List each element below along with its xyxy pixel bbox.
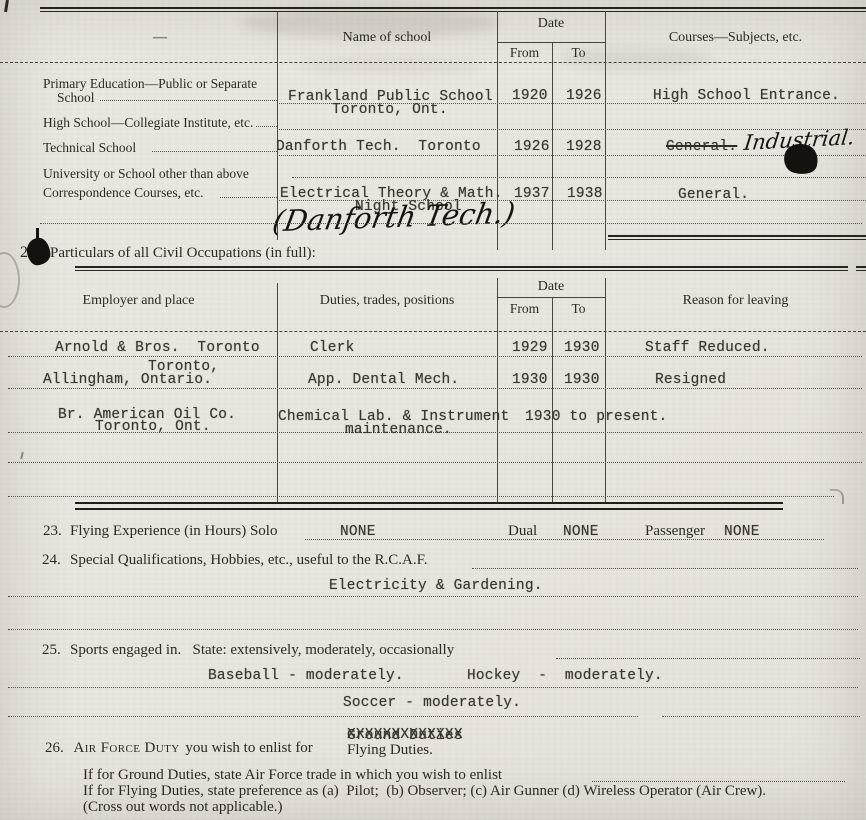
occupation-header-employer: Employer and place (0, 293, 277, 309)
label-correspondence-courses: Correspondence Courses, etc. (43, 185, 203, 201)
entry-primary-courses: High School Entrance. (653, 88, 840, 104)
leader-dots (100, 100, 277, 101)
leader-dots (152, 151, 277, 152)
education-header-bottom-line (0, 62, 866, 63)
entry-technical-courses-crossed-out: General. (666, 139, 737, 155)
section-22-underrule (75, 266, 848, 271)
label-high-school: High School—Collegiate Institute, etc. (43, 115, 253, 131)
q25-answer-soccer: Soccer - moderately. (343, 695, 521, 711)
education-header-date: Date (497, 16, 605, 32)
education-table-top-rule (40, 7, 866, 12)
answer-line (8, 629, 858, 630)
q23-number: 23. (43, 523, 62, 540)
row-writing-line (8, 496, 834, 497)
answer-line (472, 568, 858, 569)
label-technical-school: Technical School (43, 140, 136, 156)
answer-line (8, 716, 638, 717)
handwritten-danforth-tech: (Danforth Tech.) (270, 196, 518, 239)
scanned-form-page: — Name of school Date From To Courses—Su… (0, 0, 866, 820)
row-writing-line (40, 223, 862, 224)
corner-mark (4, 0, 9, 12)
entry-primary-from: 1920 (512, 88, 548, 104)
q25-answer-hockey: Hockey - moderately. (467, 668, 663, 684)
education-header-courses: Courses—Subjects, etc. (605, 30, 866, 46)
q26-number: 26. (45, 740, 64, 756)
entry-duties-1: Clerk (310, 340, 355, 356)
q23-passenger-label: Passenger (645, 523, 705, 540)
entry-employer-3-line2: Toronto, Ont. (95, 419, 211, 435)
label-primary-education-line2: School (57, 90, 95, 106)
answer-line (8, 596, 858, 597)
entry-duties-3-line2: maintenance. (345, 422, 452, 438)
occupation-header-bottom-line (0, 331, 866, 332)
q24-number: 24. (42, 552, 61, 569)
bleed-through-smudge (300, 58, 480, 74)
entry-duties-2: App. Dental Mech. (308, 372, 459, 388)
answer-line (662, 716, 860, 717)
row-writing-line (8, 462, 862, 463)
stray-mark (20, 452, 24, 459)
q26-note-ground: If for Ground Duties, state Air Force tr… (83, 767, 502, 784)
education-header-name-of-school: Name of school (277, 30, 497, 46)
q26-note-flying: If for Flying Duties, state preference a… (83, 783, 766, 800)
q23-dual-label: Dual (508, 523, 537, 540)
entry-employer-2-line2: Allingham, Ontario. (43, 372, 212, 388)
q26-overstrike-x: XXXXXXXXXXXXX (347, 727, 463, 743)
entry-employer-1: Arnold & Bros. Toronto (55, 340, 260, 356)
row-writing-line (8, 356, 862, 357)
row-writing-line (277, 155, 866, 156)
occupation-table-bottom-rule (75, 502, 783, 510)
q26-question-line: 26. Air Force Duty you wish to enlist fo… (45, 740, 313, 757)
entry-date-3: 1930 to present. (525, 409, 667, 425)
q24-label: Special Qualifications, Hobbies, etc., u… (70, 552, 428, 569)
answer-line (556, 658, 860, 659)
q23-label: Flying Experience (in Hours) Solo (70, 523, 277, 540)
row-writing-line (292, 177, 866, 178)
q23-passenger-answer: NONE (724, 524, 760, 540)
entry-to-2: 1930 (564, 372, 600, 388)
occupation-header-date: Date (497, 279, 605, 295)
education-col-divider-3 (605, 11, 606, 250)
entry-to-1: 1930 (564, 340, 600, 356)
entry-correspondence-to: 1938 (567, 186, 603, 202)
leader-dots (220, 197, 277, 198)
q26-answer: Flying Duties. (347, 742, 433, 759)
entry-technical-to: 1928 (566, 139, 602, 155)
entry-primary-school-city: Toronto, Ont. (332, 102, 448, 118)
q26-note-cross-out: (Cross out words not applicable.) (83, 799, 283, 816)
entry-technical-school: Danforth Tech. Toronto (276, 139, 481, 155)
q23-solo-answer: NONE (340, 524, 376, 540)
entry-from-1: 1929 (512, 340, 548, 356)
label-university: University or School other than above (43, 166, 249, 182)
q25-label: Sports engaged in. State: extensively, m… (70, 642, 454, 659)
leader-dots (256, 126, 277, 127)
occupation-header-to: To (552, 301, 605, 317)
entry-correspondence-courses: General. (678, 187, 749, 203)
section-22-underrule-edge (856, 266, 866, 271)
entry-reason-2: Resigned (655, 372, 726, 388)
occupation-fromto-divider (552, 298, 553, 503)
row-writing-line (8, 388, 862, 389)
section-22-title: Particulars of all Civil Occupations (in… (50, 245, 316, 262)
q26-label-smallcaps: Air Force Duty (74, 740, 180, 756)
answer-line (8, 687, 858, 688)
q23-dual-answer: NONE (563, 524, 599, 540)
entry-from-2: 1930 (512, 372, 548, 388)
occupation-header-reason: Reason for leaving (605, 293, 866, 309)
education-fromto-divider (552, 43, 553, 250)
education-header-from: From (497, 45, 552, 61)
q25-answer-baseball: Baseball - moderately. (208, 668, 404, 684)
entry-primary-to: 1926 (566, 88, 602, 104)
entry-reason-1: Staff Reduced. (645, 340, 770, 356)
q25-number: 25. (42, 642, 61, 659)
answer-line (592, 781, 845, 782)
education-date-underline (497, 42, 605, 43)
q24-answer: Electricity & Gardening. (329, 578, 543, 594)
occupation-header-from: From (497, 301, 552, 317)
occupation-col-divider-1 (277, 283, 278, 503)
occupation-header-duties: Duties, trades, positions (277, 293, 497, 309)
q26-label-rest: you wish to enlist for (185, 740, 313, 756)
education-table-bottom-rule-segment (608, 235, 866, 240)
education-header-dash: — (60, 30, 260, 46)
entry-technical-from: 1926 (514, 139, 550, 155)
occupation-col-divider-3 (605, 278, 606, 503)
entry-correspondence-from: 1937 (514, 186, 550, 202)
occupation-date-underline (497, 297, 605, 298)
education-header-to: To (552, 45, 605, 61)
